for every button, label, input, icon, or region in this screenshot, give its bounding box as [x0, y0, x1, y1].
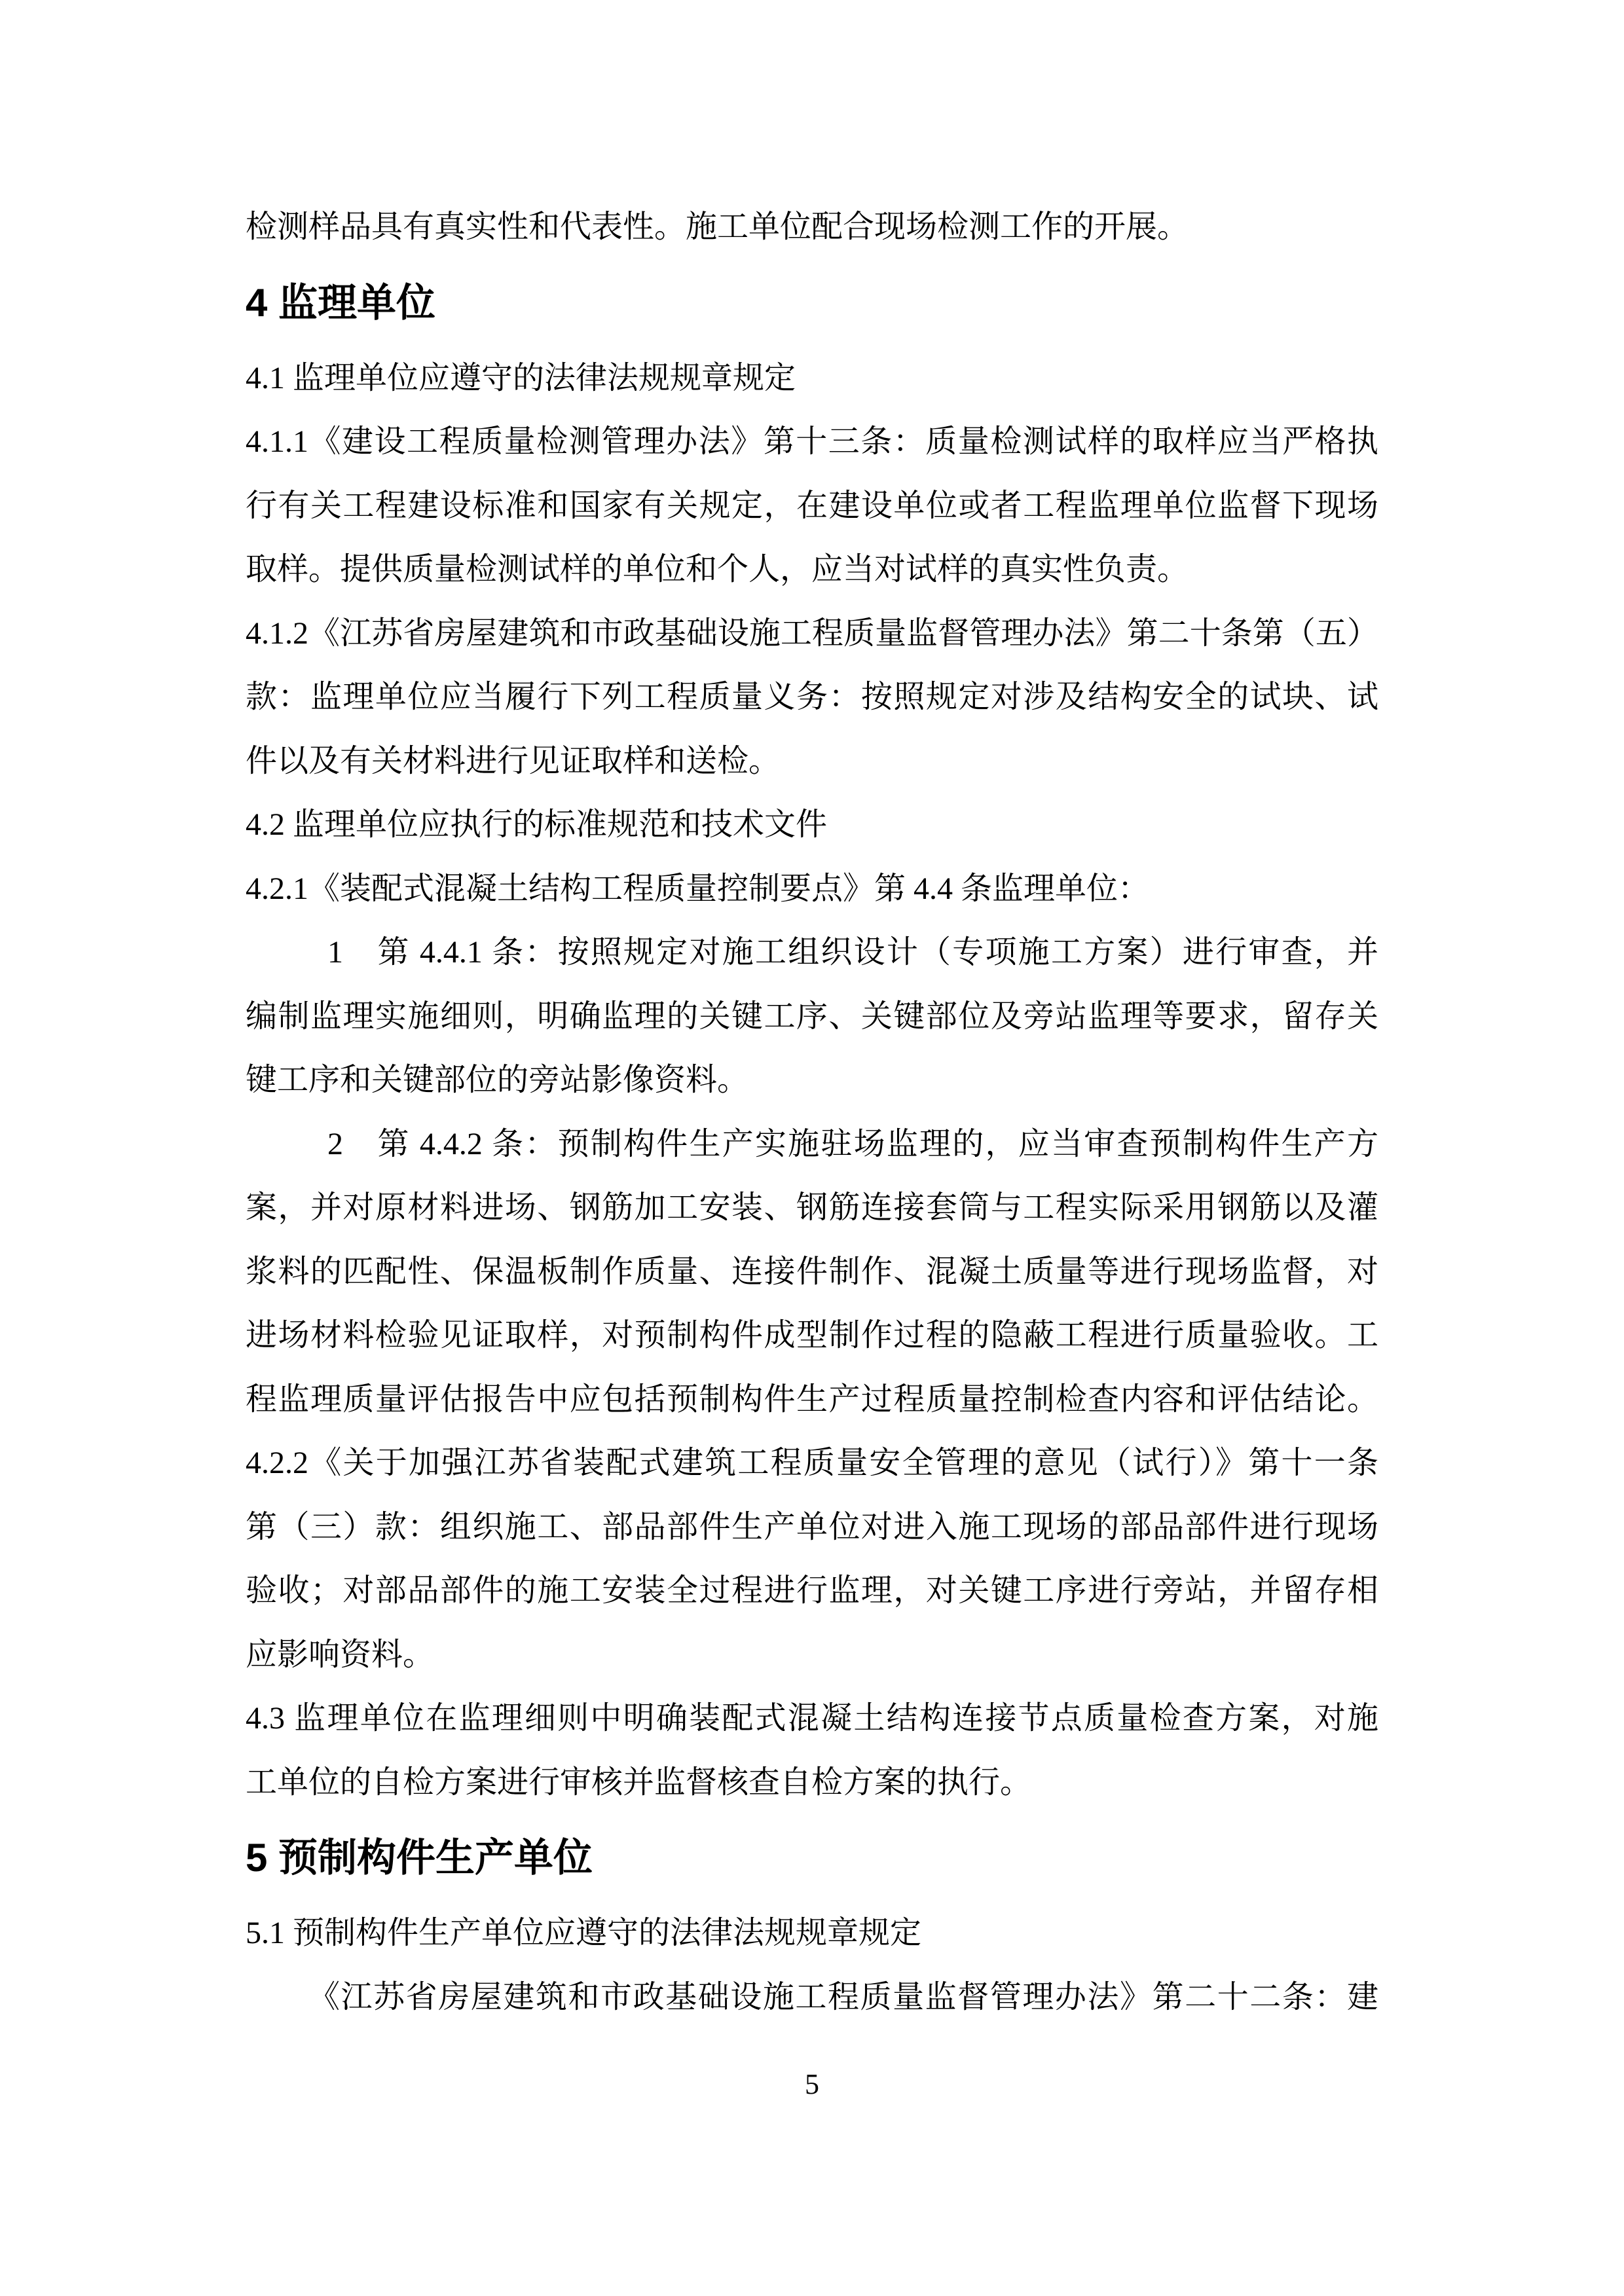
paragraph-line: 进场材料检验见证取样，对预制构件成型制作过程的隐蔽工程进行质量验收。工	[246, 1303, 1378, 1368]
paragraph-line: 4.2.1《装配式混凝土结构工程质量控制要点》第 4.4 条监理单位：	[246, 857, 1378, 921]
paragraph-line: 检测样品具有真实性和代表性。施工单位配合现场检测工作的开展。	[246, 195, 1378, 259]
paragraph-line: 案，并对原材料进场、钢筋加工安装、钢筋连接套筒与工程实际采用钢筋以及灌	[246, 1176, 1378, 1240]
paragraph-line: 行有关工程建设标准和国家有关规定，在建设单位或者工程监理单位监督下现场	[246, 474, 1378, 538]
paragraph-line: 应影响资料。	[246, 1623, 1378, 1687]
paragraph-line: 4.2.2《关于加强江苏省装配式建筑工程质量安全管理的意见（试行）》第十一条	[246, 1431, 1378, 1495]
paragraph-line: 款：监理单位应当履行下列工程质量义务：按照规定对涉及结构安全的试块、试	[246, 665, 1378, 729]
document-page: 检测样品具有真实性和代表性。施工单位配合现场检测工作的开展。4 监理单位4.1 …	[0, 0, 1624, 2296]
paragraph-line: 5.1 预制构件生产单位应遵守的法律法规规章规定	[246, 1901, 1378, 1965]
paragraph-line: 2 第 4.4.2 条：预制构件生产实施驻场监理的，应当审查预制构件生产方	[246, 1112, 1378, 1176]
document-content: 检测样品具有真实性和代表性。施工单位配合现场检测工作的开展。4 监理单位4.1 …	[246, 195, 1378, 2029]
paragraph-line: 4.1.2《江苏省房屋建筑和市政基础设施工程质量监督管理办法》第二十条第（五）	[246, 602, 1378, 666]
paragraph-line: 验收；对部品部件的施工安装全过程进行监理，对关键工序进行旁站，并留存相	[246, 1559, 1378, 1623]
paragraph-line: 4.2 监理单位应执行的标准规范和技术文件	[246, 793, 1378, 857]
page-number: 5	[0, 2068, 1624, 2101]
paragraph-line: 4.3 监理单位在监理细则中明确装配式混凝土结构连接节点质量检查方案，对施	[246, 1686, 1378, 1751]
paragraph-line: 程监理质量评估报告中应包括预制构件生产过程质量控制检查内容和评估结论。	[246, 1368, 1378, 1432]
paragraph-line: 第（三）款：组织施工、部品部件生产单位对进入施工现场的部品部件进行现场	[246, 1495, 1378, 1559]
paragraph-line: 1 第 4.4.1 条：按照规定对施工组织设计（专项施工方案）进行审查，并	[246, 920, 1378, 985]
paragraph-line: 编制监理实施细则，明确监理的关键工序、关键部位及旁站监理等要求，留存关	[246, 985, 1378, 1049]
paragraph-line: 浆料的匹配性、保温板制作质量、连接件制作、混凝土质量等进行现场监督，对	[246, 1240, 1378, 1304]
paragraph-line: 工单位的自检方案进行审核并监督核查自检方案的执行。	[246, 1751, 1378, 1815]
paragraph-line: 4.1.1《建设工程质量检测管理办法》第十三条：质量检测试样的取样应当严格执	[246, 410, 1378, 474]
paragraph-line: 4.1 监理单位应遵守的法律法规规章规定	[246, 346, 1378, 410]
paragraph-line: 件以及有关材料进行见证取样和送检。	[246, 729, 1378, 793]
paragraph-line: 键工序和关键部位的旁站影像资料。	[246, 1048, 1378, 1112]
paragraph-line: 取样。提供质量检测试样的单位和个人，应当对试样的真实性负责。	[246, 538, 1378, 602]
section-heading: 5 预制构件生产单位	[246, 1814, 1378, 1901]
section-heading: 4 监理单位	[246, 259, 1378, 346]
paragraph-line: 《江苏省房屋建筑和市政基础设施工程质量监督管理办法》第二十二条：建	[246, 1965, 1378, 2030]
